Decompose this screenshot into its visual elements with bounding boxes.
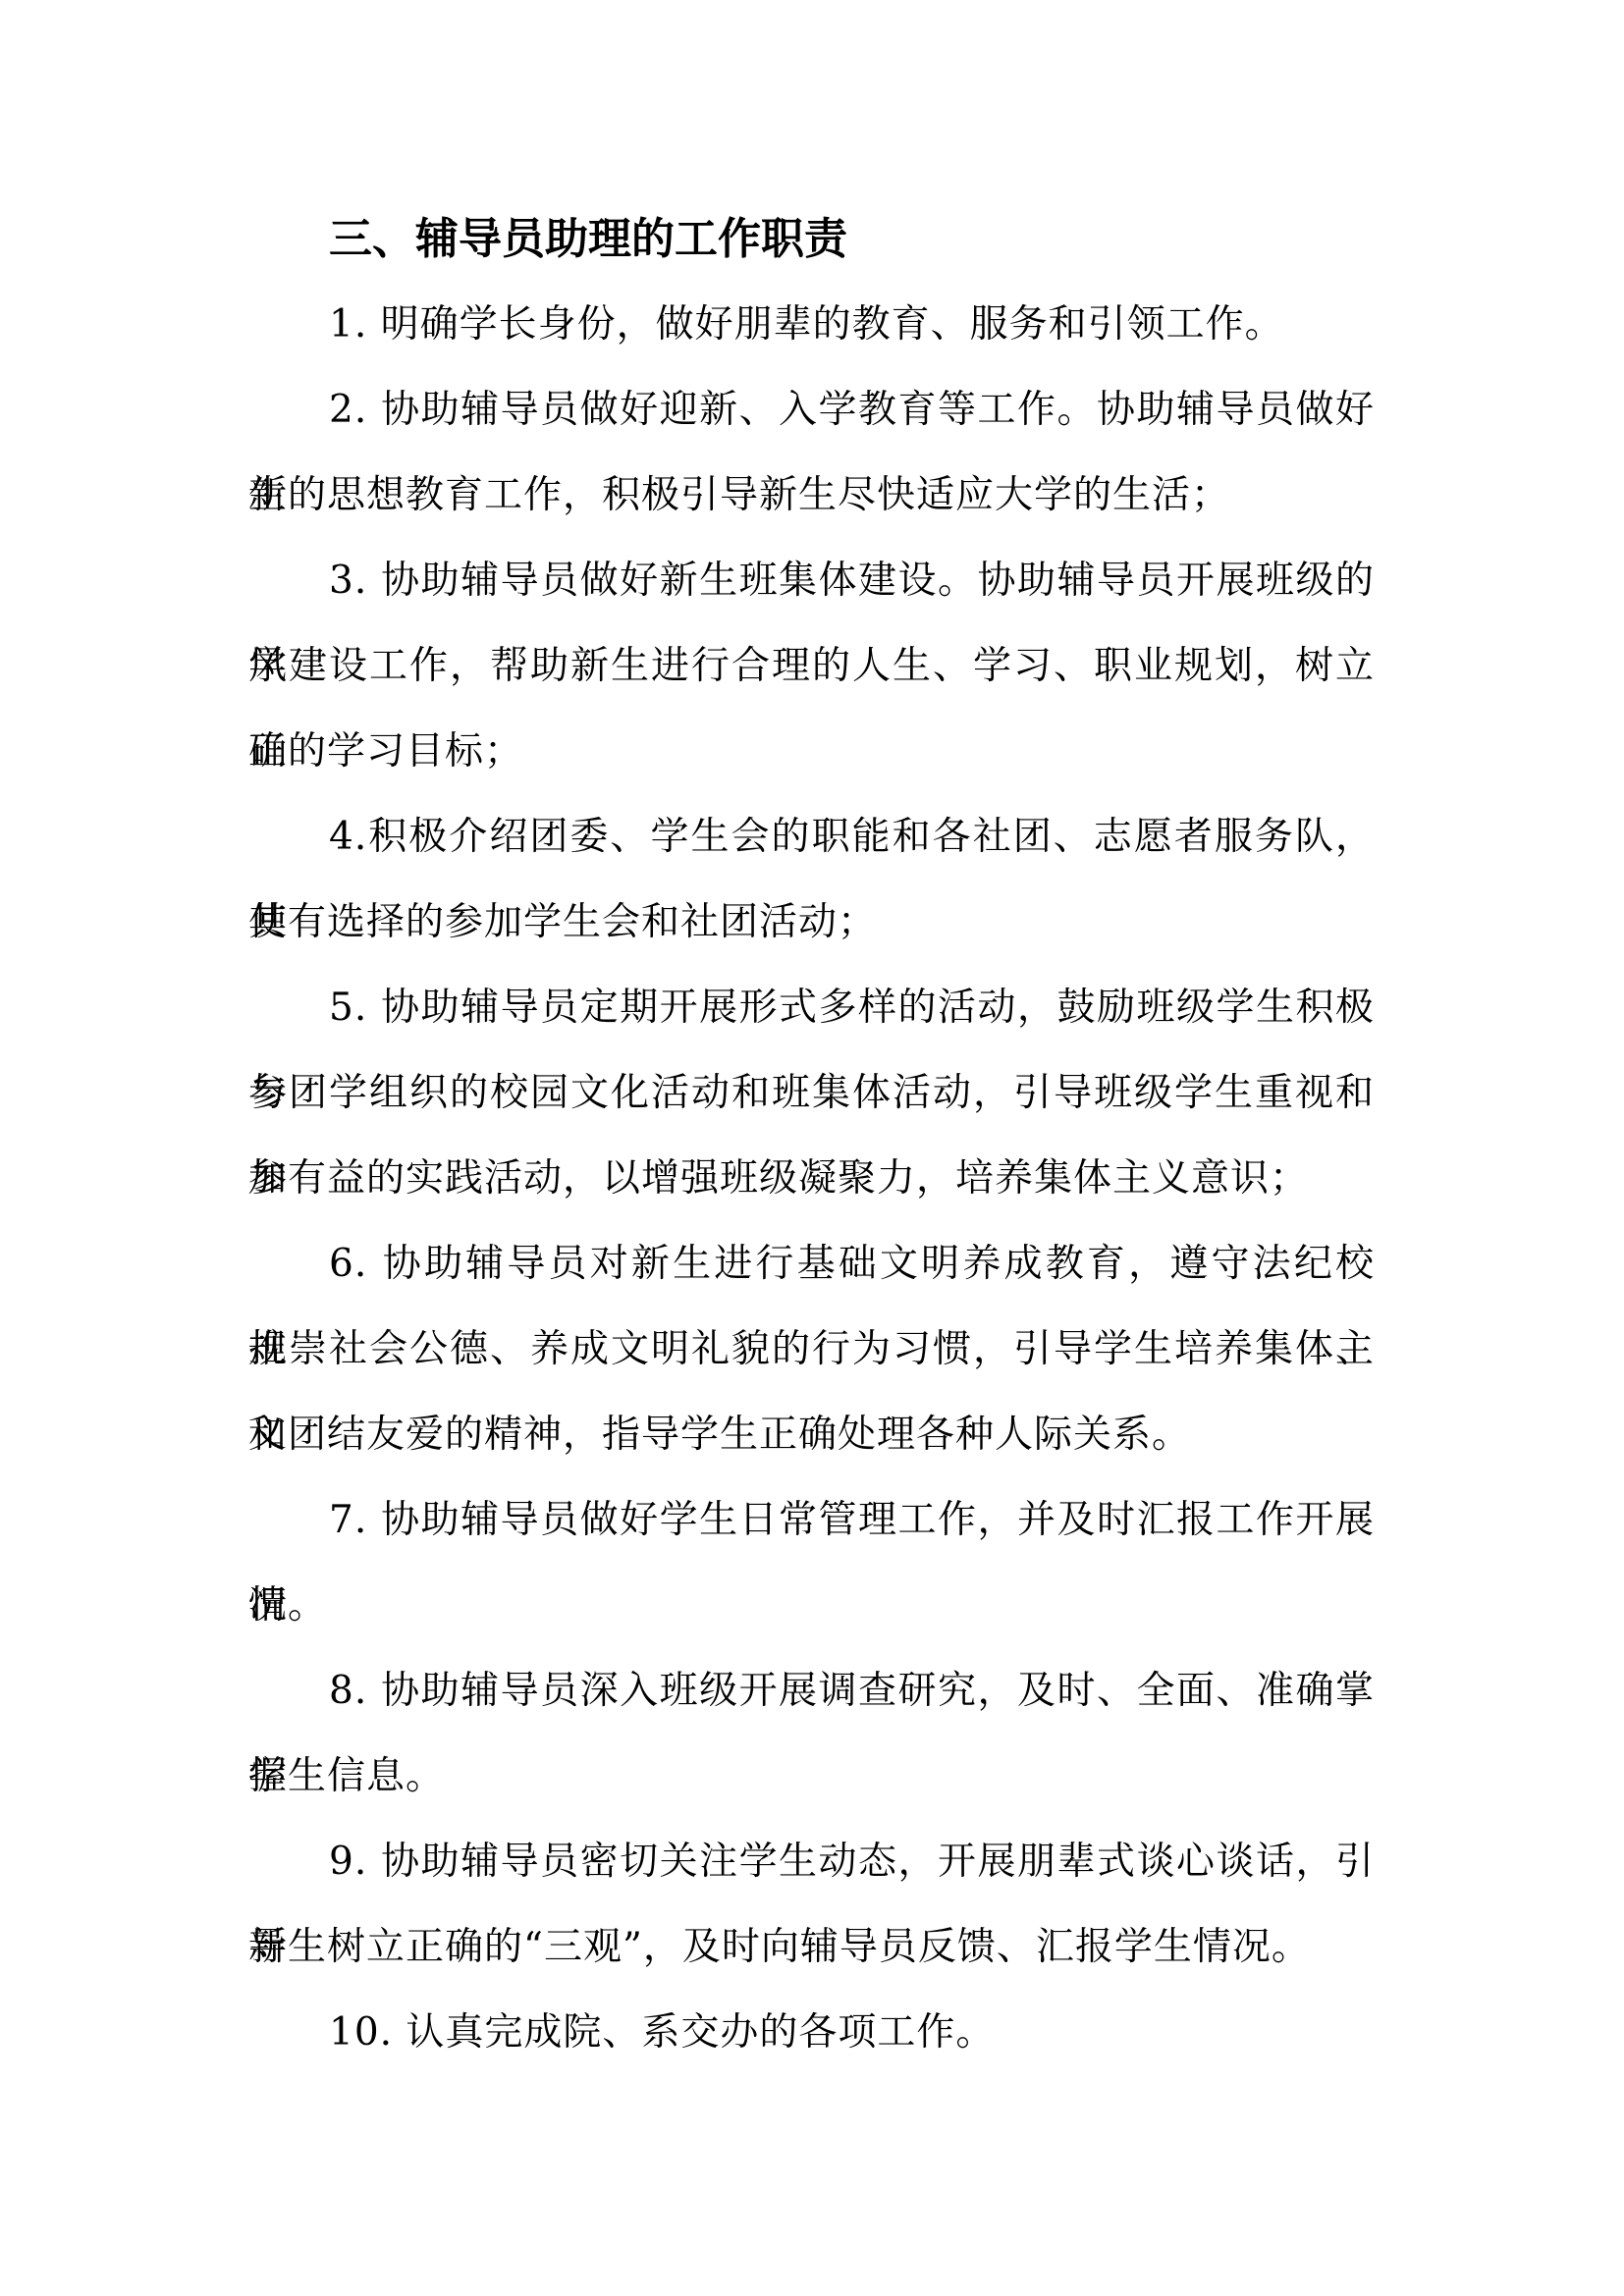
list-item-4-line-1: 4.积极介绍团委、学生会的职能和各社团、志愿者服务队，使 (248, 794, 1375, 880)
list-item-10-line-1: 10. 认真完成院、系交办的各项工作。 (248, 1990, 1375, 2075)
list-item-5-line-3: 加有益的实践活动，以增强班级凝聚力，培养集体主义意识； (248, 1136, 1375, 1221)
list-item-7-line-2: 况。 (248, 1563, 1375, 1648)
list-item-7-line-1: 7. 协助辅导员做好学生日常管理工作，并及时汇报工作开展情 (248, 1477, 1375, 1563)
list-item-9-line-2: 新生树立正确的“三观”，及时向辅导员反馈、汇报学生情况。 (248, 1904, 1375, 1990)
list-item-6-line-2: 推崇社会公德、养成文明礼貌的行为习惯，引导学生培养集体主义 (248, 1307, 1375, 1392)
list-item-9-line-1: 9. 协助辅导员密切关注学生动态，开展朋辈式谈心谈话，引导 (248, 1819, 1375, 1904)
list-item-1-line-1: 1. 明确学长身份，做好朋辈的教育、服务和引领工作。 (248, 282, 1375, 367)
section-heading: 三、辅导员助理的工作职责 (248, 196, 1375, 282)
list-item-8-line-2: 学生信息。 (248, 1734, 1375, 1819)
list-item-3-line-3: 确的学习目标； (248, 709, 1375, 794)
list-item-6-line-3: 和团结友爱的精神，指导学生正确处理各种人际关系。 (248, 1392, 1375, 1477)
list-item-5-line-2: 与团学组织的校园文化活动和班集体活动，引导班级学生重视和参 (248, 1050, 1375, 1136)
list-item-4-line-2: 其有选择的参加学生会和社团活动； (248, 880, 1375, 965)
list-item-3-line-2: 风建设工作，帮助新生进行合理的人生、学习、职业规划，树立正 (248, 623, 1375, 709)
list-item-6-line-1: 6. 协助辅导员对新生进行基础文明养成教育，遵守法纪校规、 (248, 1221, 1375, 1307)
list-item-2-line-1: 2. 协助辅导员做好迎新、入学教育等工作。协助辅导员做好新 (248, 367, 1375, 453)
list-item-2-line-2: 生的思想教育工作，积极引导新生尽快适应大学的生活； (248, 453, 1375, 538)
document-page: 三、辅导员助理的工作职责 1. 明确学长身份，做好朋辈的教育、服务和引领工作。 … (0, 0, 1624, 2296)
list-item-8-line-1: 8. 协助辅导员深入班级开展调查研究，及时、全面、准确掌握 (248, 1648, 1375, 1734)
text-block: 三、辅导员助理的工作职责 1. 明确学长身份，做好朋辈的教育、服务和引领工作。 … (248, 196, 1375, 2075)
list-item-5-line-1: 5. 协助辅导员定期开展形式多样的活动，鼓励班级学生积极参 (248, 965, 1375, 1050)
list-item-3-line-1: 3. 协助辅导员做好新生班集体建设。协助辅导员开展班级的学 (248, 538, 1375, 623)
